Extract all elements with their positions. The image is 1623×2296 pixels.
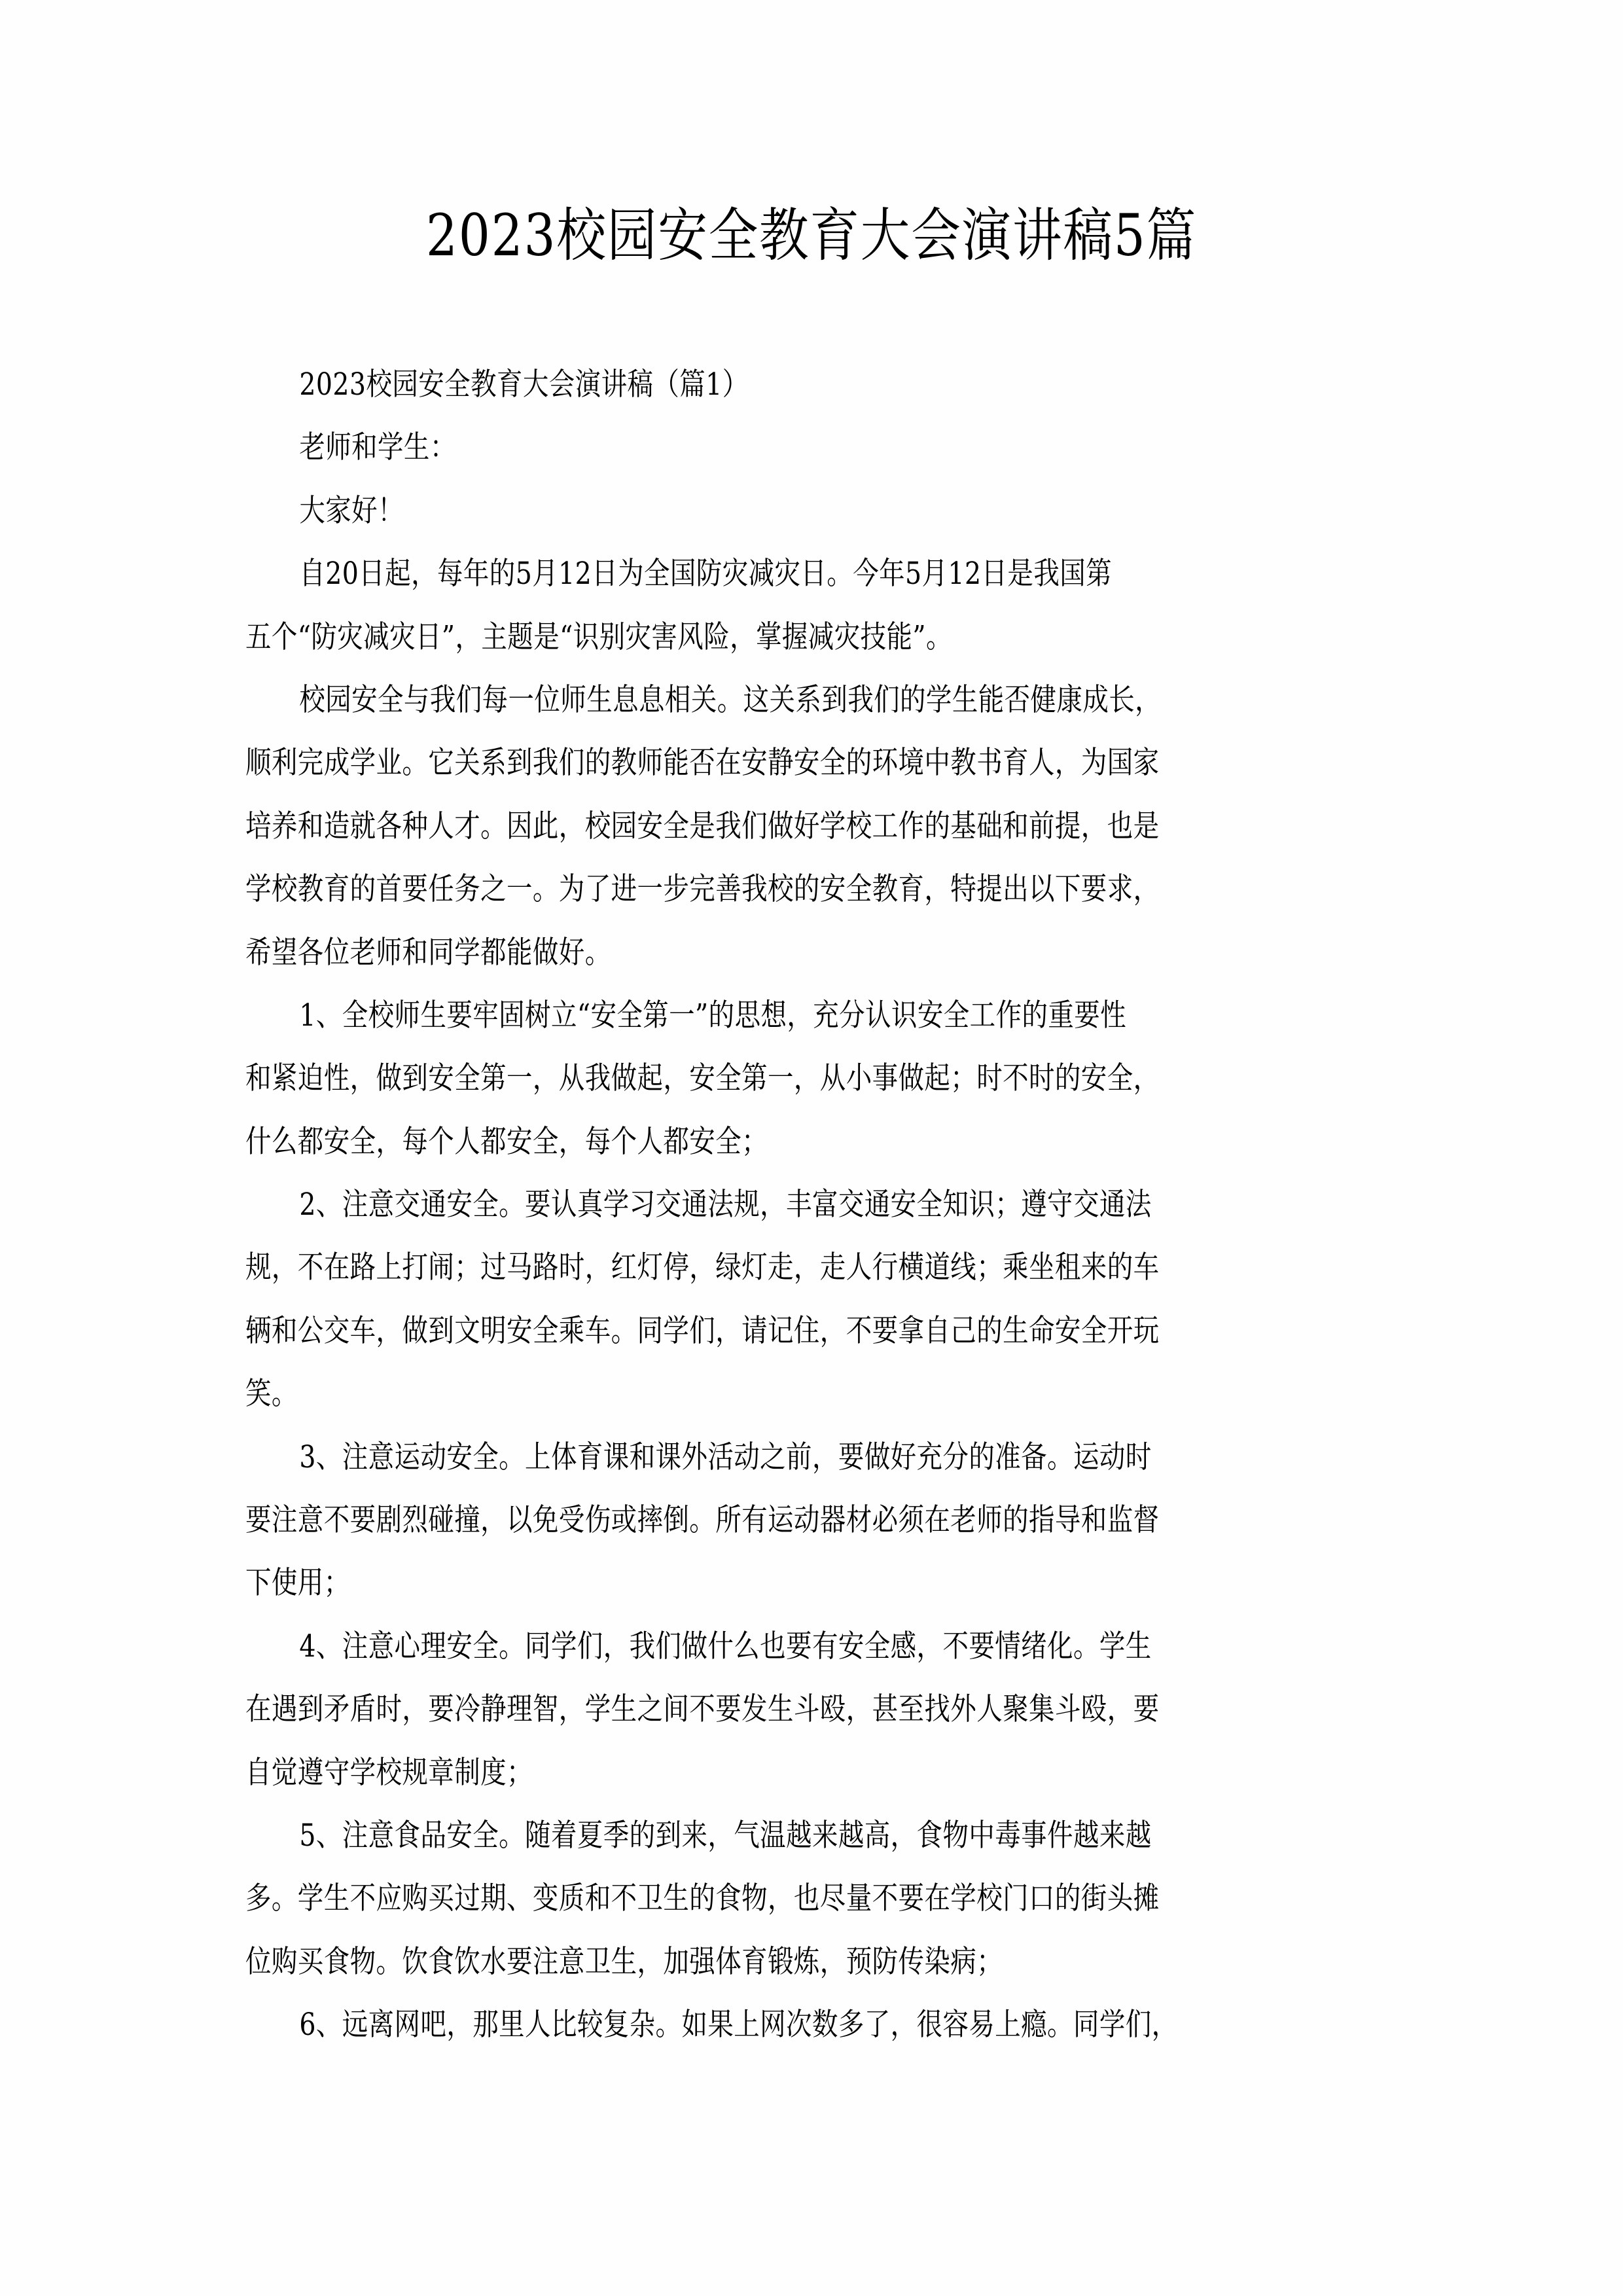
paragraph-line: 辆和公交车，做到文明安全乘车。同学们，请记住，不要拿自己的生命安全开玩 xyxy=(245,1300,1196,1363)
paragraph-line: 自20日起，每年的5月12日为全国防灾减灾日。今年5月12日是我国第 xyxy=(245,543,1196,605)
paragraph-line: 五个“防灾减灾日”，主题是“识别灾害风险，掌握减灾技能”。 xyxy=(245,606,1196,669)
paragraph-line: 笑。 xyxy=(245,1363,1196,1426)
salutation: 老师和学生： xyxy=(245,416,1196,479)
list-item-2: 2、注意交通安全。要认真学习交通法规，丰富交通安全知识；遵守交通法 xyxy=(245,1174,1196,1236)
paragraph-line: 下使用； xyxy=(245,1552,1196,1615)
greeting: 大家好！ xyxy=(245,480,1196,543)
paragraph-line: 校园安全与我们每一位师生息息相关。这关系到我们的学生能否健康成长， xyxy=(245,669,1196,732)
paragraph-line: 规，不在路上打闹；过马路时，红灯停，绿灯走，走人行横道线；乘坐租来的车 xyxy=(245,1236,1196,1299)
document-body: 2023校园安全教育大会演讲稿（篇1） 老师和学生： 大家好！ 自20日起，每年… xyxy=(245,353,1378,2057)
paragraph-line: 要注意不要剧烈碰撞，以免受伤或摔倒。所有运动器材必须在老师的指导和监督 xyxy=(245,1489,1196,1552)
paragraph-line: 希望各位老师和同学都能做好。 xyxy=(245,922,1196,984)
list-item-3: 3、注意运动安全。上体育课和课外活动之前，要做好充分的准备。运动时 xyxy=(245,1426,1196,1489)
list-item-6: 6、远离网吧，那里人比较复杂。如果上网次数多了，很容易上瘾。同学们， xyxy=(245,1994,1196,2056)
list-item-5: 5、注意食品安全。随着夏季的到来，气温越来越高，食物中毒事件越来越 xyxy=(245,1804,1196,1867)
paragraph-line: 培养和造就各种人才。因此，校园安全是我们做好学校工作的基础和前提，也是 xyxy=(245,795,1196,858)
list-item-1: 1、全校师生要牢固树立“安全第一”的思想，充分认识安全工作的重要性 xyxy=(245,984,1196,1047)
paragraph-line: 位购买食物。饮食饮水要注意卫生，加强体育锻炼，预防传染病； xyxy=(245,1931,1196,1994)
paragraph-line: 多。学生不应购买过期、变质和不卫生的食物，也尽量不要在学校门口的街头摊 xyxy=(245,1867,1196,1930)
paragraph-line: 顺利完成学业。它关系到我们的教师能否在安静安全的环境中教书育人，为国家 xyxy=(245,732,1196,795)
section-heading: 2023校园安全教育大会演讲稿（篇1） xyxy=(245,353,1196,416)
paragraph-line: 在遇到矛盾时，要冷静理智，学生之间不要发生斗殴，甚至找外人聚集斗殴，要 xyxy=(245,1678,1196,1741)
list-item-4: 4、注意心理安全。同学们，我们做什么也要有安全感，不要情绪化。学生 xyxy=(245,1615,1196,1678)
paragraph-line: 学校教育的首要任务之一。为了进一步完善我校的安全教育，特提出以下要求， xyxy=(245,858,1196,921)
paragraph-line: 自觉遵守学校规章制度； xyxy=(245,1742,1196,1804)
document-title: 2023校园安全教育大会演讲稿5篇 xyxy=(114,196,1510,275)
document-page: 2023校园安全教育大会演讲稿5篇 2023校园安全教育大会演讲稿（篇1） 老师… xyxy=(0,0,1623,2296)
paragraph-line: 和紧迫性，做到安全第一，从我做起，安全第一，从小事做起；时不时的安全， xyxy=(245,1047,1196,1110)
paragraph-line: 什么都安全，每个人都安全，每个人都安全； xyxy=(245,1111,1196,1174)
